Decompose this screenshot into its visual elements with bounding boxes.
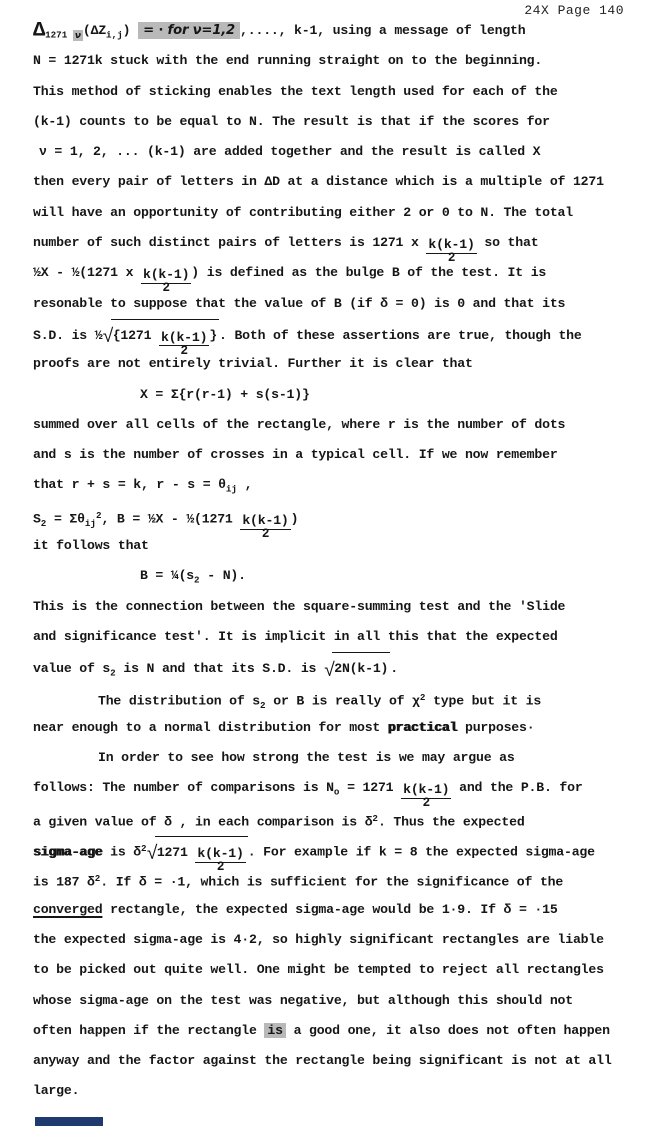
- text-segment: ) is defined as the bulge B of the test.…: [191, 265, 546, 280]
- text-segment: near enough to a normal distribution for…: [33, 720, 388, 735]
- text-segment: Δ: [33, 20, 45, 43]
- text-segment: (ΔZ: [83, 23, 106, 38]
- text-line: large.: [33, 1076, 633, 1106]
- text-line: it follows that: [33, 531, 633, 561]
- text-segment: ij: [85, 518, 96, 529]
- text-line: value of s2 is N and that its S.D. is √2…: [33, 652, 633, 682]
- text-segment: converged: [33, 902, 102, 917]
- text-segment: , B = ½X - ½(1271: [101, 511, 240, 526]
- text-segment: ,: [237, 477, 252, 492]
- text-segment: . If δ = ·1, which is sufficient for the…: [100, 875, 563, 890]
- text-segment: ): [123, 23, 138, 38]
- text-line: to be picked out quite well. One might b…: [33, 955, 633, 985]
- text-segment: or B is really of χ: [266, 693, 420, 708]
- text-line: converged rectangle, the expected sigma-…: [33, 895, 633, 925]
- text-segment: proofs are not entirely trivial. Further…: [33, 356, 473, 371]
- fraction: k(k-1)2: [240, 514, 290, 530]
- text-line: resonable to suppose that the value of B…: [33, 289, 633, 319]
- text-segment: and significance test'. It is implicit i…: [33, 629, 558, 644]
- text-line: sigma-age is δ2√1271 k(k-1)2. For exampl…: [33, 834, 633, 864]
- handwritten-correction: = ∙ for ν=1,2: [138, 22, 240, 39]
- text-line: the expected sigma-age is 4·2, so highly…: [33, 925, 633, 955]
- text-line: ½X - ½(1271 x k(k-1)2) is defined as the…: [33, 258, 633, 288]
- text-segment: and s is the number of crosses in a typi…: [33, 447, 558, 462]
- text-segment: will have an opportunity of contributing…: [33, 205, 573, 220]
- text-segment: that r + s = k, r - s = θ: [33, 477, 226, 492]
- document-body: Δ1271 ν(ΔZi,j) = ∙ for ν=1,2,...., k-1, …: [33, 16, 633, 1107]
- text-segment: (k-1) counts to be equal to N. The resul…: [33, 114, 550, 129]
- text-segment: summed over all cells of the rectangle, …: [33, 417, 565, 432]
- text-segment: ½X - ½(1271 x: [33, 265, 141, 280]
- text-segment: anyway and the factor against the rectan…: [33, 1053, 612, 1068]
- text-line: proofs are not entirely trivial. Further…: [33, 349, 633, 379]
- text-line: The distribution of s2 or B is really of…: [33, 683, 633, 713]
- text-line: In order to see how strong the test is w…: [33, 743, 633, 773]
- text-line: near enough to a normal distribution for…: [33, 713, 633, 743]
- text-segment: ): [291, 511, 299, 526]
- text-segment: ν = 1, 2, ... (k-1) are added together a…: [39, 144, 540, 159]
- fraction: k(k-1)2: [159, 331, 209, 347]
- square-root: √2N(k-1): [324, 652, 390, 684]
- text-line: and s is the number of crosses in a typi…: [33, 440, 633, 470]
- fraction: k(k-1)2: [195, 847, 245, 863]
- fraction: k(k-1)2: [401, 783, 451, 799]
- text-segment: X = Σ{r(r-1) + s(s-1)}: [140, 387, 310, 402]
- text-line: ν = 1, 2, ... (k-1) are added together a…: [33, 137, 633, 167]
- text-segment: value of s: [33, 661, 110, 676]
- text-segment: rectangle, the expected sigma-age would …: [102, 902, 557, 917]
- text-line: then every pair of letters in ΔD at a di…: [33, 167, 633, 197]
- text-segment: S: [33, 511, 41, 526]
- text-line: B = ¼(s2 - N).: [33, 561, 633, 591]
- text-segment: number of such distinct pairs of letters…: [33, 235, 426, 250]
- text-segment: N = 1271k stuck with the end running str…: [33, 53, 542, 68]
- text-segment: follows: The number of comparisons is N: [33, 780, 334, 795]
- text-segment: a good one, it also does not often happe…: [286, 1023, 610, 1038]
- text-line: X = Σ{r(r-1) + s(s-1)}: [33, 380, 633, 410]
- text-segment: purposes·: [457, 720, 534, 735]
- text-segment: often happen if the rectangle: [33, 1023, 264, 1038]
- text-segment: is δ: [102, 845, 141, 860]
- text-segment: type but it is: [425, 693, 541, 708]
- text-segment: so that: [477, 235, 539, 250]
- text-segment: 1271: [157, 845, 196, 860]
- text-line: S2 = Σθij2, B = ½X - ½(1271 k(k-1)2): [33, 501, 633, 531]
- text-segment: . Both of these assertions are true, tho…: [219, 328, 582, 343]
- text-line: summed over all cells of the rectangle, …: [33, 410, 633, 440]
- text-segment: ,...., k-1, using a message of length: [240, 23, 525, 38]
- text-segment: }: [209, 328, 217, 343]
- smudged-text: is: [264, 1023, 285, 1038]
- text-segment: .: [390, 661, 398, 676]
- text-line: anyway and the factor against the rectan…: [33, 1046, 633, 1076]
- text-line: This is the connection between the squar…: [33, 592, 633, 622]
- square-root: √{1271 k(k-1)2}: [102, 319, 219, 351]
- text-segment: = 1271: [339, 780, 401, 795]
- text-segment: B = ¼(s: [140, 568, 194, 583]
- text-segment: The distribution of s: [98, 693, 260, 708]
- text-line: often happen if the rectangle is a good …: [33, 1016, 633, 1046]
- text-segment: ij: [226, 484, 237, 495]
- scanned-page: { "header": { "page_label": "24X Page 14…: [0, 0, 650, 1128]
- text-segment: 1271: [45, 30, 73, 41]
- text-segment: is N and that its S.D. is: [116, 661, 324, 676]
- text-line: will have an opportunity of contributing…: [33, 198, 633, 228]
- text-line: S.D. is ½√{1271 k(k-1)2}. Both of these …: [33, 319, 633, 349]
- text-line: is 187 δ2. If δ = ·1, which is sufficien…: [33, 864, 633, 894]
- text-line: (k-1) counts to be equal to N. The resul…: [33, 107, 633, 137]
- text-line: that r + s = k, r - s = θij ,: [33, 470, 633, 500]
- text-line: This method of sticking enables the text…: [33, 77, 633, 107]
- text-segment: a given value of δ , in each comparison …: [33, 814, 372, 829]
- text-line: whose sigma-age on the test was negative…: [33, 986, 633, 1016]
- text-line: a given value of δ , in each comparison …: [33, 804, 633, 834]
- text-segment: . For example if k = 8 the expected sigm…: [248, 845, 595, 860]
- fraction: k(k-1)2: [426, 238, 476, 254]
- text-segment: . Thus the expected: [378, 814, 525, 829]
- redaction-bar: [35, 1117, 103, 1126]
- fraction: k(k-1)2: [141, 268, 191, 284]
- square-root: √1271 k(k-1)2: [147, 836, 248, 868]
- text-segment: resonable to suppose that the value of B…: [33, 296, 565, 311]
- text-segment: to be picked out quite well. One might b…: [33, 962, 604, 977]
- text-line: N = 1271k stuck with the end running str…: [33, 46, 633, 76]
- text-segment: large.: [33, 1083, 79, 1098]
- text-segment: is 187 δ: [33, 875, 95, 890]
- text-segment: the expected sigma-age is 4·2, so highly…: [33, 932, 604, 947]
- text-segment: whose sigma-age on the test was negative…: [33, 993, 573, 1008]
- handwritten-correction: ν: [73, 30, 83, 41]
- text-segment: it follows that: [33, 538, 149, 553]
- text-segment: S.D. is ½: [33, 328, 102, 343]
- text-segment: This method of sticking enables the text…: [33, 84, 558, 99]
- text-segment: 2N(k-1): [334, 661, 388, 676]
- text-segment: - N).: [200, 568, 246, 583]
- text-line: Δ1271 ν(ΔZi,j) = ∙ for ν=1,2,...., k-1, …: [33, 16, 633, 46]
- text-line: number of such distinct pairs of letters…: [33, 228, 633, 258]
- text-segment: then every pair of letters in ΔD at a di…: [33, 174, 604, 189]
- text-segment: and the P.B. for: [451, 780, 582, 795]
- text-segment: practical: [388, 720, 457, 735]
- text-line: follows: The number of comparisons is No…: [33, 773, 633, 803]
- text-segment: i,j: [106, 30, 123, 41]
- text-line: and significance test'. It is implicit i…: [33, 622, 633, 652]
- text-segment: = Σθ: [46, 511, 85, 526]
- text-segment: In order to see how strong the test is w…: [98, 750, 515, 765]
- text-segment: sigma-age: [33, 845, 102, 860]
- text-segment: {1271: [113, 328, 159, 343]
- text-segment: This is the connection between the squar…: [33, 599, 565, 614]
